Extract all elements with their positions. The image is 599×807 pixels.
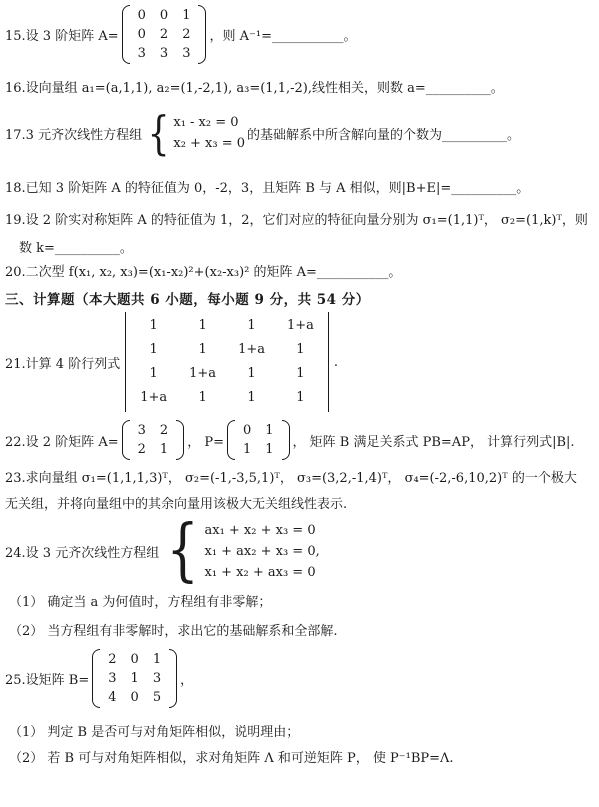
matrix-cell: 3 xyxy=(175,44,197,63)
q19-line2: 数 k=__________。 xyxy=(19,240,594,258)
det-cell: 1 xyxy=(129,314,178,338)
matrix-cell: 1 xyxy=(236,440,258,459)
det-cell: 1+a xyxy=(227,338,276,362)
question-19: 19.设 2 阶实对称矩阵 A 的特征值为 1，2，它们对应的特征向量分别为 σ… xyxy=(5,212,594,258)
matrix-cell: 0 xyxy=(236,421,258,440)
det-cell: 1 xyxy=(227,362,276,386)
matrix-cell: 2 xyxy=(131,440,153,459)
left-brace: { xyxy=(148,110,170,156)
matrix-cell: 3 xyxy=(131,44,153,63)
matrix-cell: 2 xyxy=(153,421,175,440)
section-3-title: 三、计算题（本大题共 6 小题，每小题 9 分，共 54 分） xyxy=(5,291,594,309)
question-16: 16.设向量组 a₁=(a,1,1), a₂=(1,-2,1), a₃=(1,1… xyxy=(5,80,594,98)
q15-post-text: ，则 A⁻¹=___________。 xyxy=(209,25,356,44)
q23-line1: 23.求向量组 σ₁=(1,1,1,3)ᵀ， σ₂=(-1,-3,5,1)ᵀ， … xyxy=(5,470,594,488)
det-cell: 1 xyxy=(276,386,325,410)
q17-pre-text: 17.3 元齐次线性方程组 xyxy=(5,124,142,143)
matrix-cell: 3 xyxy=(101,669,123,688)
det-cell: 1 xyxy=(178,338,227,362)
matrix-cell: 0 xyxy=(131,6,153,25)
question-15: 15.设 3 阶矩阵 A= 0 0 1 0 2 2 3 3 3 xyxy=(5,4,594,65)
det-cell: 1 xyxy=(129,338,178,362)
q21-pre-text: 21.计算 4 阶行列式 xyxy=(5,353,120,372)
matrix-cell: 3 xyxy=(131,421,153,440)
q22-pre-text: 22.设 2 阶矩阵 A= xyxy=(5,431,119,450)
matrix-cell: 0 xyxy=(131,25,153,44)
det-cell: 1+a xyxy=(129,386,178,410)
q15-matrix: 0 0 1 0 2 2 3 3 3 xyxy=(122,4,207,65)
matrix-cell: 2 xyxy=(175,25,197,44)
exam-page: 15.设 3 阶矩阵 A= 0 0 1 0 2 2 3 3 3 xyxy=(0,0,599,768)
question-18: 18.已知 3 阶矩阵 A 的特征值为 0，-2，3，且矩阵 B 与 A 相似，… xyxy=(5,180,594,198)
left-brace: { xyxy=(167,517,199,585)
q22-matrix-p: 0 1 1 1 xyxy=(227,419,290,461)
question-23: 23.求向量组 σ₁=(1,1,1,3)ᵀ， σ₂=(-1,-3,5,1)ᵀ， … xyxy=(5,470,594,514)
q24-equation-system: { ax₁ + x₂ + x₃ = 0 x₁ + ax₂ + x₃ = 0, x… xyxy=(161,517,320,585)
question-21: 21.计算 4 阶行列式 1 1 1 1+a 1 1 1+a 1 1 1+a xyxy=(5,312,594,412)
q17-post-text: 的基础解系中所含解向量的个数为__________。 xyxy=(247,124,520,143)
q24-part2: （2） 当方程组有非零解时，求出它的基础解系和全部解. xyxy=(9,623,594,641)
matrix-cell: 2 xyxy=(153,25,175,44)
det-cell: 1 xyxy=(178,386,227,410)
q22-mid-text: ， P= xyxy=(187,431,224,450)
det-cell: 1+a xyxy=(276,314,325,338)
q25-part1: （1） 判定 B 是否可与对角矩阵相似，说明理由； xyxy=(9,724,594,742)
equation: ax₁ + x₂ + x₃ = 0 xyxy=(204,520,319,541)
question-17: 17.3 元齐次线性方程组 { x₁ - x₂ = 0 x₂ + x₃ = 0 … xyxy=(5,110,594,156)
matrix-cell: 0 xyxy=(124,650,146,669)
q25-post-text: ， xyxy=(180,669,193,688)
det-cell: 1 xyxy=(129,362,178,386)
det-cell: 1 xyxy=(178,314,227,338)
q22-matrix-a: 3 2 2 1 xyxy=(122,419,185,461)
q16-text: 16.设向量组 a₁=(a,1,1), a₂=(1,-2,1), a₃=(1,1… xyxy=(5,81,504,96)
q24-pre-text: 24.设 3 元齐次线性方程组 xyxy=(5,542,159,561)
question-24: 24.设 3 元齐次线性方程组 { ax₁ + x₂ + x₃ = 0 x₁ +… xyxy=(5,517,594,585)
equation: x₂ + x₃ = 0 xyxy=(173,133,245,154)
q21-determinant: 1 1 1 1+a 1 1 1+a 1 1 1+a 1 1 xyxy=(125,312,329,412)
matrix-cell: 1 xyxy=(124,669,146,688)
matrix-cell: 1 xyxy=(258,440,280,459)
matrix-cell: 3 xyxy=(153,44,175,63)
det-cell: 1 xyxy=(276,338,325,362)
det-cell: 1 xyxy=(276,362,325,386)
matrix-cell: 1 xyxy=(258,421,280,440)
matrix-cell: 3 xyxy=(146,669,168,688)
q25-part2: （2） 若 B 可与对角矩阵相似，求对角矩阵 Λ 和可逆矩阵 P， 使 P⁻¹B… xyxy=(9,750,594,768)
q25-pre-text: 25.设矩阵 B= xyxy=(5,669,89,688)
q22-post-text: ， 矩阵 B 满足关系式 PB=AP， 计算行列式|B|. xyxy=(293,431,575,450)
q17-equation-system: { x₁ - x₂ = 0 x₂ + x₃ = 0 xyxy=(144,110,245,156)
question-25: 25.设矩阵 B= 2 0 1 3 1 3 4 0 5 xyxy=(5,648,594,709)
question-20: 20.二次型 f(x₁, x₂, x₃)=(x₁-x₂)²+(x₂-x₃)² 的… xyxy=(5,264,594,282)
q15-pre-text: 15.设 3 阶矩阵 A= xyxy=(5,25,119,44)
q19-line1: 19.设 2 阶实对称矩阵 A 的特征值为 1，2，它们对应的特征向量分别为 σ… xyxy=(5,212,594,230)
equation: x₁ - x₂ = 0 xyxy=(173,112,245,133)
matrix-cell: 0 xyxy=(124,688,146,707)
q20-text: 20.二次型 f(x₁, x₂, x₃)=(x₁-x₂)²+(x₂-x₃)² 的… xyxy=(5,265,401,280)
question-22: 22.设 2 阶矩阵 A= 3 2 2 1 ， P= 0 1 xyxy=(5,419,594,461)
q24-part1: （1） 确定当 a 为何值时，方程组有非零解； xyxy=(9,594,594,612)
matrix-cell: 1 xyxy=(153,440,175,459)
equation: x₁ + ax₂ + x₃ = 0, xyxy=(204,541,319,562)
q23-line2: 无关组，并将向量组中的其余向量用该极大无关组线性表示. xyxy=(5,496,594,514)
matrix-cell: 1 xyxy=(175,6,197,25)
q18-text: 18.已知 3 阶矩阵 A 的特征值为 0，-2，3，且矩阵 B 与 A 相似，… xyxy=(5,181,529,196)
q25-matrix: 2 0 1 3 1 3 4 0 5 xyxy=(92,648,177,709)
matrix-cell: 5 xyxy=(146,688,168,707)
matrix-cell: 2 xyxy=(101,650,123,669)
matrix-cell: 0 xyxy=(153,6,175,25)
det-cell: 1 xyxy=(227,314,276,338)
equation: x₁ + x₂ + ax₃ = 0 xyxy=(204,562,319,583)
matrix-cell: 1 xyxy=(146,650,168,669)
det-cell: 1 xyxy=(227,386,276,410)
det-cell: 1+a xyxy=(178,362,227,386)
q21-post-text: . xyxy=(334,355,338,370)
matrix-cell: 4 xyxy=(101,688,123,707)
